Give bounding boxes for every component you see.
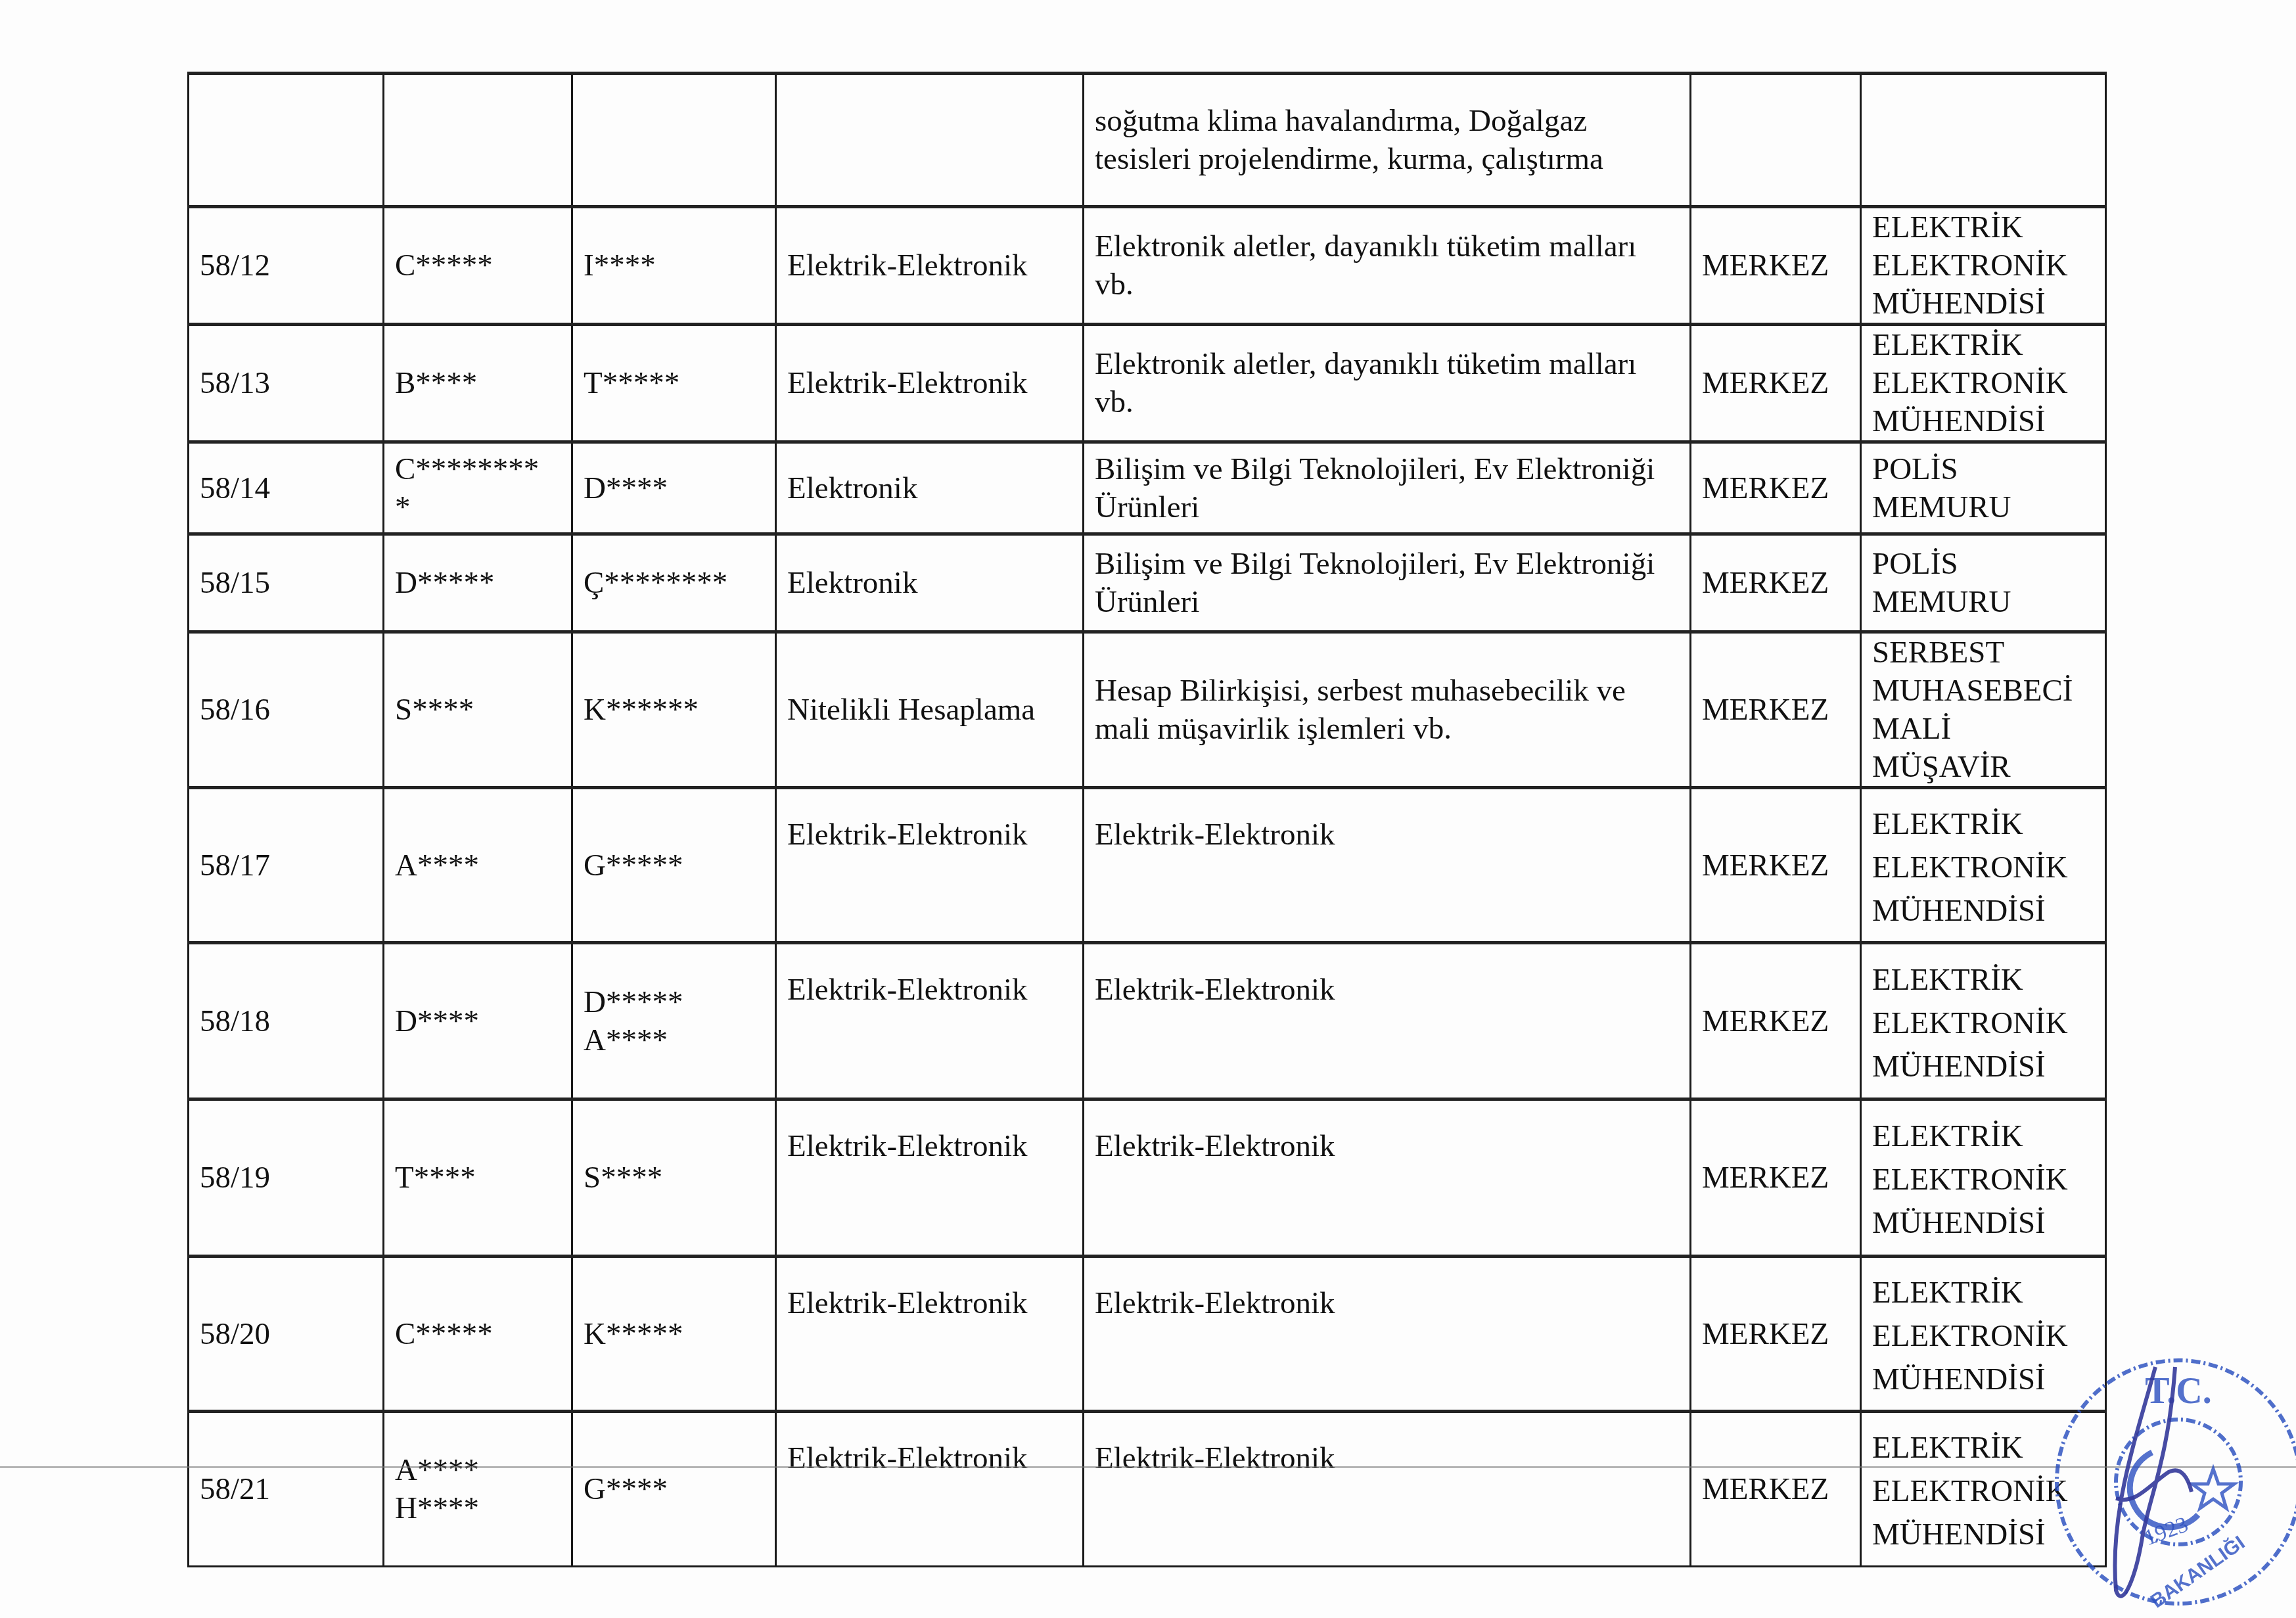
cell-subfield: Elektrik-Elektronik [1084, 1412, 1691, 1567]
cell-line: MÜHENDİSİ [1872, 402, 2096, 440]
cell-name [384, 74, 572, 207]
cell-line: MUHASEBECİ [1872, 672, 2096, 710]
cell-line: ELEKTRİK [1872, 1426, 2096, 1469]
cell-field: Elektrik-Elektronik [776, 943, 1084, 1099]
cell-line: I**** [584, 246, 766, 285]
cell-name: A**** [384, 788, 572, 943]
cell-location: MERKEZ [1691, 442, 1861, 534]
cell-subfield: soğutma klima havalandırma, Doğalgaz tes… [1084, 74, 1691, 207]
cell-profession [1861, 74, 2106, 207]
cell-surname: D**** [572, 442, 776, 534]
cell-subfield: Elektronik aletler, dayanıklı tüketim ma… [1084, 325, 1691, 442]
cell-no: 58/12 [189, 207, 384, 325]
cell-line: ELEKTRONİK [1872, 1469, 2096, 1513]
cell-subfield: Hesap Bilirkişisi, serbest muhasebecilik… [1084, 632, 1691, 788]
cell-surname: T***** [572, 325, 776, 442]
cell-name: T**** [384, 1099, 572, 1257]
cell-line: ELEKTRİK [1872, 208, 2096, 246]
table-row: 58/17A****G*****Elektrik-ElektronikElekt… [189, 788, 2106, 943]
cell-profession: ELEKTRİKELEKTRONİKMÜHENDİSİ [1861, 207, 2106, 325]
table-row: 58/16S****K******Nitelikli HesaplamaHesa… [189, 632, 2106, 788]
cell-no: 58/14 [189, 442, 384, 534]
cell-line: ELEKTRONİK [1872, 1002, 2096, 1045]
cell-surname: Ç******** [572, 534, 776, 632]
cell-profession: SERBESTMUHASEBECİMALİMÜŞAVİR [1861, 632, 2106, 788]
cell-name: A****H**** [384, 1412, 572, 1567]
cell-name: D**** [384, 943, 572, 1099]
cell-line: H**** [395, 1489, 562, 1527]
cell-no: 58/18 [189, 943, 384, 1099]
cell-line: * [395, 488, 562, 526]
cell-line: ELEKTRONİK [1872, 846, 2096, 889]
cell-line: T***** [584, 364, 766, 402]
cell-surname: G***** [572, 788, 776, 943]
cell-line: G**** [584, 1470, 766, 1508]
cell-surname: S**** [572, 1099, 776, 1257]
cell-field: Elektrik-Elektronik [776, 1257, 1084, 1412]
cell-line: C******** [395, 450, 562, 488]
cell-location: MERKEZ [1691, 943, 1861, 1099]
scan-artifact-line [0, 1466, 2296, 1468]
table-row: 58/21A****H****G****Elektrik-ElektronikE… [189, 1412, 2106, 1567]
cell-location: MERKEZ [1691, 534, 1861, 632]
cell-line: S**** [584, 1159, 766, 1197]
svg-text:BAKANLIĞI: BAKANLIĞI [2146, 1531, 2249, 1612]
cell-line: C***** [395, 246, 562, 285]
cell-subfield: Elektronik aletler, dayanıklı tüketim ma… [1084, 207, 1691, 325]
cell-line: ELEKTRONİK [1872, 364, 2096, 402]
cell-surname [572, 74, 776, 207]
table-row: 58/20C*****K*****Elektrik-ElektronikElek… [189, 1257, 2106, 1412]
document-page: soğutma klima havalandırma, Doğalgaz tes… [0, 0, 2296, 1618]
expert-list-table: soğutma klima havalandırma, Doğalgaz tes… [187, 72, 2107, 1567]
cell-line: SERBEST [1872, 634, 2096, 672]
cell-location: MERKEZ [1691, 207, 1861, 325]
cell-profession: ELEKTRİKELEKTRONİKMÜHENDİSİ [1861, 788, 2106, 943]
cell-line: D***** [584, 983, 766, 1021]
cell-name: C***** [384, 1257, 572, 1412]
table-row: 58/19T****S****Elektrik-ElektronikElektr… [189, 1099, 2106, 1257]
cell-name: D***** [384, 534, 572, 632]
table-row: 58/13B****T*****Elektrik-ElektronikElekt… [189, 325, 2106, 442]
cell-line: G***** [584, 846, 766, 885]
cell-line: B**** [395, 364, 562, 402]
cell-location: MERKEZ [1691, 1099, 1861, 1257]
table-row: 58/14C*********D****ElektronikBilişim ve… [189, 442, 2106, 534]
cell-line: C***** [395, 1315, 562, 1353]
cell-no: 58/19 [189, 1099, 384, 1257]
cell-profession: ELEKTRİKELEKTRONİKMÜHENDİSİ [1861, 1257, 2106, 1412]
cell-surname: K****** [572, 632, 776, 788]
cell-no: 58/17 [189, 788, 384, 943]
cell-location [1691, 74, 1861, 207]
cell-line: D***** [395, 564, 562, 602]
cell-subfield: Elektrik-Elektronik [1084, 1257, 1691, 1412]
cell-location: MERKEZ [1691, 325, 1861, 442]
cell-subfield: Bilişim ve Bilgi Teknolojileri, Ev Elekt… [1084, 534, 1691, 632]
cell-line: MÜHENDİSİ [1872, 1045, 2096, 1088]
table-row: 58/12C*****I****Elektrik-ElektronikElekt… [189, 207, 2106, 325]
cell-line: MÜHENDİSİ [1872, 1201, 2096, 1245]
signature-icon [2115, 1367, 2192, 1596]
cell-line: ELEKTRİK [1872, 326, 2096, 364]
cell-no: 58/20 [189, 1257, 384, 1412]
cell-field: Elektrik-Elektronik [776, 207, 1084, 325]
cell-profession: ELEKTRİKELEKTRONİKMÜHENDİSİ [1861, 943, 2106, 1099]
cell-field: Elektrik-Elektronik [776, 788, 1084, 943]
cell-no: 58/15 [189, 534, 384, 632]
svg-text:T.C.: T.C. [2145, 1371, 2212, 1412]
cell-field: Elektrik-Elektronik [776, 325, 1084, 442]
cell-line: T**** [395, 1159, 562, 1197]
cell-surname: I**** [572, 207, 776, 325]
cell-line: MALİ [1872, 710, 2096, 748]
cell-line: MEMURU [1872, 488, 2096, 526]
cell-line: S**** [395, 691, 562, 729]
cell-no: 58/21 [189, 1412, 384, 1567]
cell-location: MERKEZ [1691, 632, 1861, 788]
cell-no: 58/16 [189, 632, 384, 788]
table-row: 58/15D*****Ç********ElektronikBilişim ve… [189, 534, 2106, 632]
cell-name: S**** [384, 632, 572, 788]
table-row-continued: soğutma klima havalandırma, Doğalgaz tes… [189, 74, 2106, 207]
cell-line: POLİS [1872, 450, 2096, 488]
cell-line: A**** [395, 846, 562, 885]
cell-surname: D*****A**** [572, 943, 776, 1099]
cell-line: MEMURU [1872, 583, 2096, 621]
cell-profession: ELEKTRİKELEKTRONİKMÜHENDİSİ [1861, 1412, 2106, 1567]
cell-line: K****** [584, 691, 766, 729]
cell-line: MÜŞAVİR [1872, 748, 2096, 786]
cell-profession: ELEKTRİKELEKTRONİKMÜHENDİSİ [1861, 325, 2106, 442]
cell-field: Elektrik-Elektronik [776, 1099, 1084, 1257]
cell-location: MERKEZ [1691, 788, 1861, 943]
cell-line: K***** [584, 1315, 766, 1353]
cell-surname: K***** [572, 1257, 776, 1412]
cell-line: ELEKTRİK [1872, 802, 2096, 846]
cell-line: MÜHENDİSİ [1872, 1513, 2096, 1556]
cell-name: C***** [384, 207, 572, 325]
cell-surname: G**** [572, 1412, 776, 1567]
cell-line: A**** [584, 1021, 766, 1059]
cell-name: C********* [384, 442, 572, 534]
cell-profession: POLİSMEMURU [1861, 442, 2106, 534]
cell-location: MERKEZ [1691, 1412, 1861, 1567]
cell-line: ELEKTRONİK [1872, 1158, 2096, 1201]
cell-line: MÜHENDİSİ [1872, 1358, 2096, 1401]
cell-subfield: Elektrik-Elektronik [1084, 1099, 1691, 1257]
cell-name: B**** [384, 325, 572, 442]
cell-profession: ELEKTRİKELEKTRONİKMÜHENDİSİ [1861, 1099, 2106, 1257]
cell-line: D**** [584, 469, 766, 507]
cell-line: POLİS [1872, 545, 2096, 583]
cell-line: ELEKTRİK [1872, 1115, 2096, 1158]
cell-subfield: Elektrik-Elektronik [1084, 943, 1691, 1099]
cell-no: 58/13 [189, 325, 384, 442]
cell-line: ELEKTRONİK [1872, 246, 2096, 285]
svg-text:1923: 1923 [2141, 1512, 2192, 1550]
cell-field: Elektronik [776, 442, 1084, 534]
cell-line: D**** [395, 1002, 562, 1040]
cell-subfield: Bilişim ve Bilgi Teknolojileri, Ev Elekt… [1084, 442, 1691, 534]
cell-field: Nitelikli Hesaplama [776, 632, 1084, 788]
cell-field: Elektrik-Elektronik [776, 1412, 1084, 1567]
cell-line: ELEKTRİK [1872, 958, 2096, 1002]
cell-no [189, 74, 384, 207]
cell-profession: POLİSMEMURU [1861, 534, 2106, 632]
cell-field [776, 74, 1084, 207]
cell-field: Elektronik [776, 534, 1084, 632]
cell-location: MERKEZ [1691, 1257, 1861, 1412]
cell-line: MÜHENDİSİ [1872, 285, 2096, 323]
cell-line: ELEKTRONİK [1872, 1314, 2096, 1358]
cell-line: Ç******** [584, 564, 766, 602]
cell-line: MÜHENDİSİ [1872, 889, 2096, 933]
cell-line: A**** [395, 1451, 562, 1489]
table-row: 58/18D****D*****A****Elektrik-Elektronik… [189, 943, 2106, 1099]
cell-line: ELEKTRİK [1872, 1271, 2096, 1314]
cell-subfield: Elektrik-Elektronik [1084, 788, 1691, 943]
